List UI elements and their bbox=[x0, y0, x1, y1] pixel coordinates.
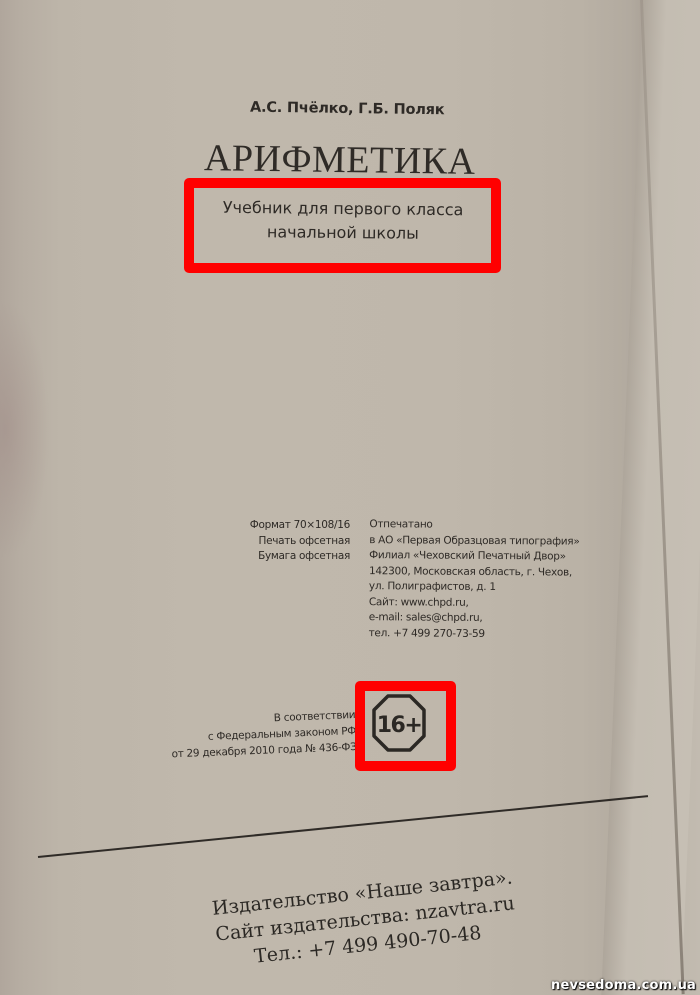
next-page-edge bbox=[601, 0, 700, 995]
badge-highlight-box bbox=[355, 681, 456, 771]
spec-paper: Бумага офсетная bbox=[200, 549, 350, 565]
site-watermark: nevsedoma.com.ua bbox=[551, 978, 696, 993]
printer-line: e-mail: sales@chpd.ru, bbox=[369, 610, 609, 627]
age-law-notice: В соответствии с Федеральным законом РФ … bbox=[130, 707, 357, 764]
printer-line: Филиал «Чеховский Печатный Двор» bbox=[369, 548, 609, 565]
book-title: АРИФМЕТИКА bbox=[204, 136, 476, 184]
printer-info: Отпечатано в АО «Первая Образцовая типог… bbox=[369, 517, 610, 643]
spec-format: Формат 70×108/16 bbox=[200, 518, 350, 534]
divider-rule bbox=[38, 795, 648, 858]
printer-line: тел. +7 499 270-73-59 bbox=[369, 626, 609, 643]
book-page: А.С. Пчёлко, Г.Б. Поляк АРИФМЕТИКА Учебн… bbox=[0, 0, 700, 995]
printer-line: в АО «Первая Образцовая типография» bbox=[369, 533, 609, 550]
printer-line: Сайт: www.chpd.ru, bbox=[369, 595, 609, 612]
spec-printing: Печать офсетная bbox=[200, 534, 350, 550]
subtitle-highlight-box bbox=[184, 178, 501, 273]
printer-line: Отпечатано bbox=[369, 517, 609, 534]
book-authors: А.С. Пчёлко, Г.Б. Поляк bbox=[250, 100, 450, 119]
printer-line: ул. Полиграфистов, д. 1 bbox=[369, 579, 609, 596]
printer-line: 142300, Московская область, г. Чехов, bbox=[369, 564, 609, 581]
print-specs: Формат 70×108/16 Печать офсетная Бумага … bbox=[200, 518, 350, 565]
publisher-info: Издательство «Наше завтра». Сайт издател… bbox=[202, 863, 528, 974]
